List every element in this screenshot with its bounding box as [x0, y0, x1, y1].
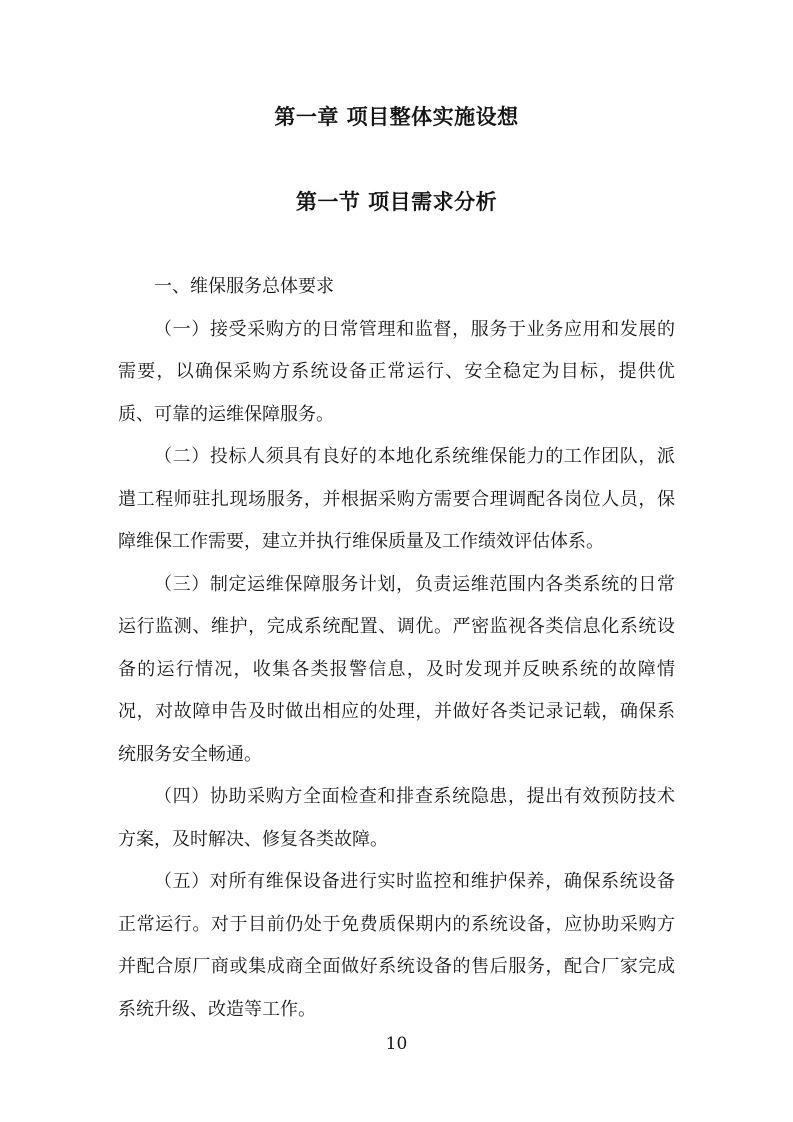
list-heading: 一、维保服务总体要求	[118, 266, 675, 309]
chapter-heading: 第一章 项目整体实施设想	[118, 96, 675, 139]
document-page: 第一章 项目整体实施设想 第一节 项目需求分析 一、维保服务总体要求 （一）接受…	[0, 0, 793, 1122]
paragraph-2: （二）投标人须具有良好的本地化系统维保能力的工作团队，派遣工程师驻扎现场服务，并…	[118, 436, 675, 564]
document-content: 第一章 项目整体实施设想 第一节 项目需求分析 一、维保服务总体要求 （一）接受…	[118, 96, 675, 1031]
page-number: 10	[0, 1031, 793, 1057]
paragraph-5: （五）对所有维保设备进行实时监控和维护保养，确保系统设备正常运行。对于目前仍处于…	[118, 861, 675, 1031]
paragraph-4: （四）协助采购方全面检查和排查系统隐患，提出有效预防技术方案，及时解决、修复各类…	[118, 776, 675, 861]
section-heading: 第一节 项目需求分析	[118, 181, 675, 224]
paragraph-1: （一）接受采购方的日常管理和监督，服务于业务应用和发展的需要，以确保采购方系统设…	[118, 309, 675, 437]
document-body: 一、维保服务总体要求 （一）接受采购方的日常管理和监督，服务于业务应用和发展的需…	[118, 266, 675, 1031]
paragraph-3: （三）制定运维保障服务计划，负责运维范围内各类系统的日常运行监测、维护，完成系统…	[118, 564, 675, 777]
